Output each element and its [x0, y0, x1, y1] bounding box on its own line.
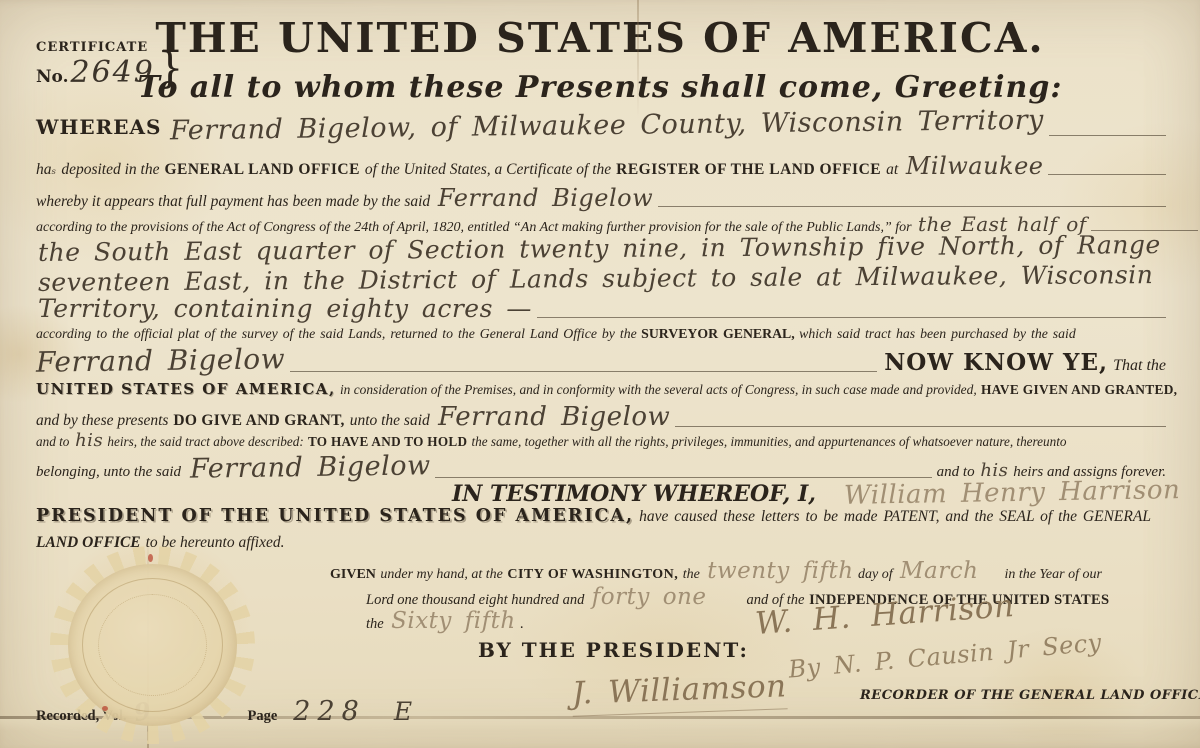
grant-text-c: and by these presents	[36, 412, 168, 430]
ruled-line	[290, 371, 877, 372]
given-label: GIVEN	[330, 567, 376, 583]
given-text-g: the	[366, 616, 384, 633]
recorder-title-label: RECORDER OF THE GENERAL LAND OFFICE.	[860, 688, 1200, 703]
testimony-text-a: have caused these letters to be made PAT…	[639, 508, 1151, 526]
ruled-line	[1049, 135, 1166, 136]
habendum-text-b: heirs, the said tract above described:	[107, 434, 303, 450]
given-text-b: the	[683, 567, 700, 583]
have-given-label: HAVE GIVEN AND GRANTED,	[981, 382, 1177, 398]
deposit-text-a: deposited in the	[61, 161, 159, 179]
grantee-name-handwritten: Ferrand Bigelow, of Milwaukee County, Wi…	[170, 105, 1044, 147]
in-testimony-label: IN TESTIMONY WHEREOF, I,	[452, 481, 816, 507]
page-suffix-handwritten: E	[394, 697, 413, 726]
grantee-name-handwritten-3: Ferrand Bigelow	[189, 450, 430, 484]
independence-year-handwritten: Sixty fifth	[391, 608, 516, 634]
payer-name-handwritten: Ferrand Bigelow	[438, 184, 653, 212]
ruled-line	[537, 317, 1166, 318]
deposit-text-c: at	[886, 161, 898, 179]
document-title: THE UNITED STATES OF AMERICA.	[155, 14, 1044, 62]
recorder-signature: J. Williamson	[571, 668, 787, 716]
given-text-e: Lord one thousand eight hundred and	[366, 592, 584, 609]
ruled-line	[1048, 174, 1166, 175]
plat-text-a: according to the official plat of the su…	[36, 326, 637, 342]
habendum-text-e: belonging, unto the said	[36, 464, 181, 481]
to-have-and-hold-label: TO HAVE AND TO HOLD	[308, 434, 467, 450]
grant-text-e: unto the said	[350, 412, 430, 430]
day-handwritten: twenty fifth	[707, 558, 853, 584]
city-of-washington-label: CITY OF WASHINGTON,	[507, 567, 678, 583]
given-text-d: in the Year of our	[1004, 567, 1102, 583]
page-number-handwritten: 228	[293, 696, 366, 727]
purchaser-name-handwritten: Ferrand Bigelow	[36, 342, 286, 378]
do-give-label: DO GIVE AND GRANT,	[173, 412, 344, 430]
red-wax-speck	[148, 554, 153, 562]
land-description-handwritten-3: seventeen East, in the District of Lands…	[38, 260, 1154, 297]
ruled-line	[658, 206, 1166, 207]
register-label: REGISTER OF THE LAND OFFICE	[616, 161, 881, 179]
ruled-line	[675, 426, 1166, 427]
his-handwritten-1: his	[75, 430, 103, 451]
year-handwritten: forty one	[592, 584, 707, 610]
grant-text-a: in consideration of the Premises, and in…	[340, 382, 977, 398]
given-period: .	[520, 616, 524, 633]
general-land-office-embossed-seal	[50, 546, 255, 744]
seal-inner-ring	[98, 594, 207, 696]
given-text-a: under my hand, at the	[380, 567, 502, 583]
plat-text-b: which said tract has been purchased by t…	[799, 326, 1076, 342]
by-the-president-label: BY THE PRESIDENT:	[478, 638, 749, 662]
whereas-label: WHEREAS	[36, 115, 161, 139]
habendum-text-d: the same, together with all the rights, …	[472, 434, 1067, 450]
president-title-label: PRESIDENT OF THE UNITED STATES OF AMERIC…	[36, 506, 634, 526]
month-handwritten: March	[900, 558, 978, 584]
handwritten-s: s	[52, 167, 57, 177]
now-know-ye-label: NOW KNOW YE,	[884, 349, 1108, 376]
surveyor-general-label: SURVEYOR GENERAL,	[641, 326, 795, 342]
habendum-text-a: and to	[36, 434, 69, 450]
scanned-land-patent-document: CERTIFICATE No. 2649 } THE UNITED STATES…	[0, 0, 1200, 748]
grantee-name-handwritten-2: Ferrand Bigelow	[438, 402, 670, 432]
deposit-text-b: of the United States, a Certificate of t…	[365, 161, 611, 179]
red-wax-speck	[102, 706, 108, 711]
land-description-handwritten-4: Territory, containing eighty acres —	[38, 294, 532, 323]
that-the-text: That the	[1113, 357, 1166, 375]
greeting-line: To all to whom these Presents shall come…	[138, 70, 1063, 105]
payment-text: whereby it appears that full payment has…	[36, 193, 430, 211]
land-office-place-handwritten: Milwaukee	[906, 152, 1044, 180]
united-states-label: UNITED STATES OF AMERICA,	[36, 380, 336, 398]
general-land-office-label: GENERAL LAND OFFICE	[164, 161, 360, 179]
deposit-text-pre: ha	[36, 161, 52, 179]
given-text-c: day of	[858, 567, 893, 583]
